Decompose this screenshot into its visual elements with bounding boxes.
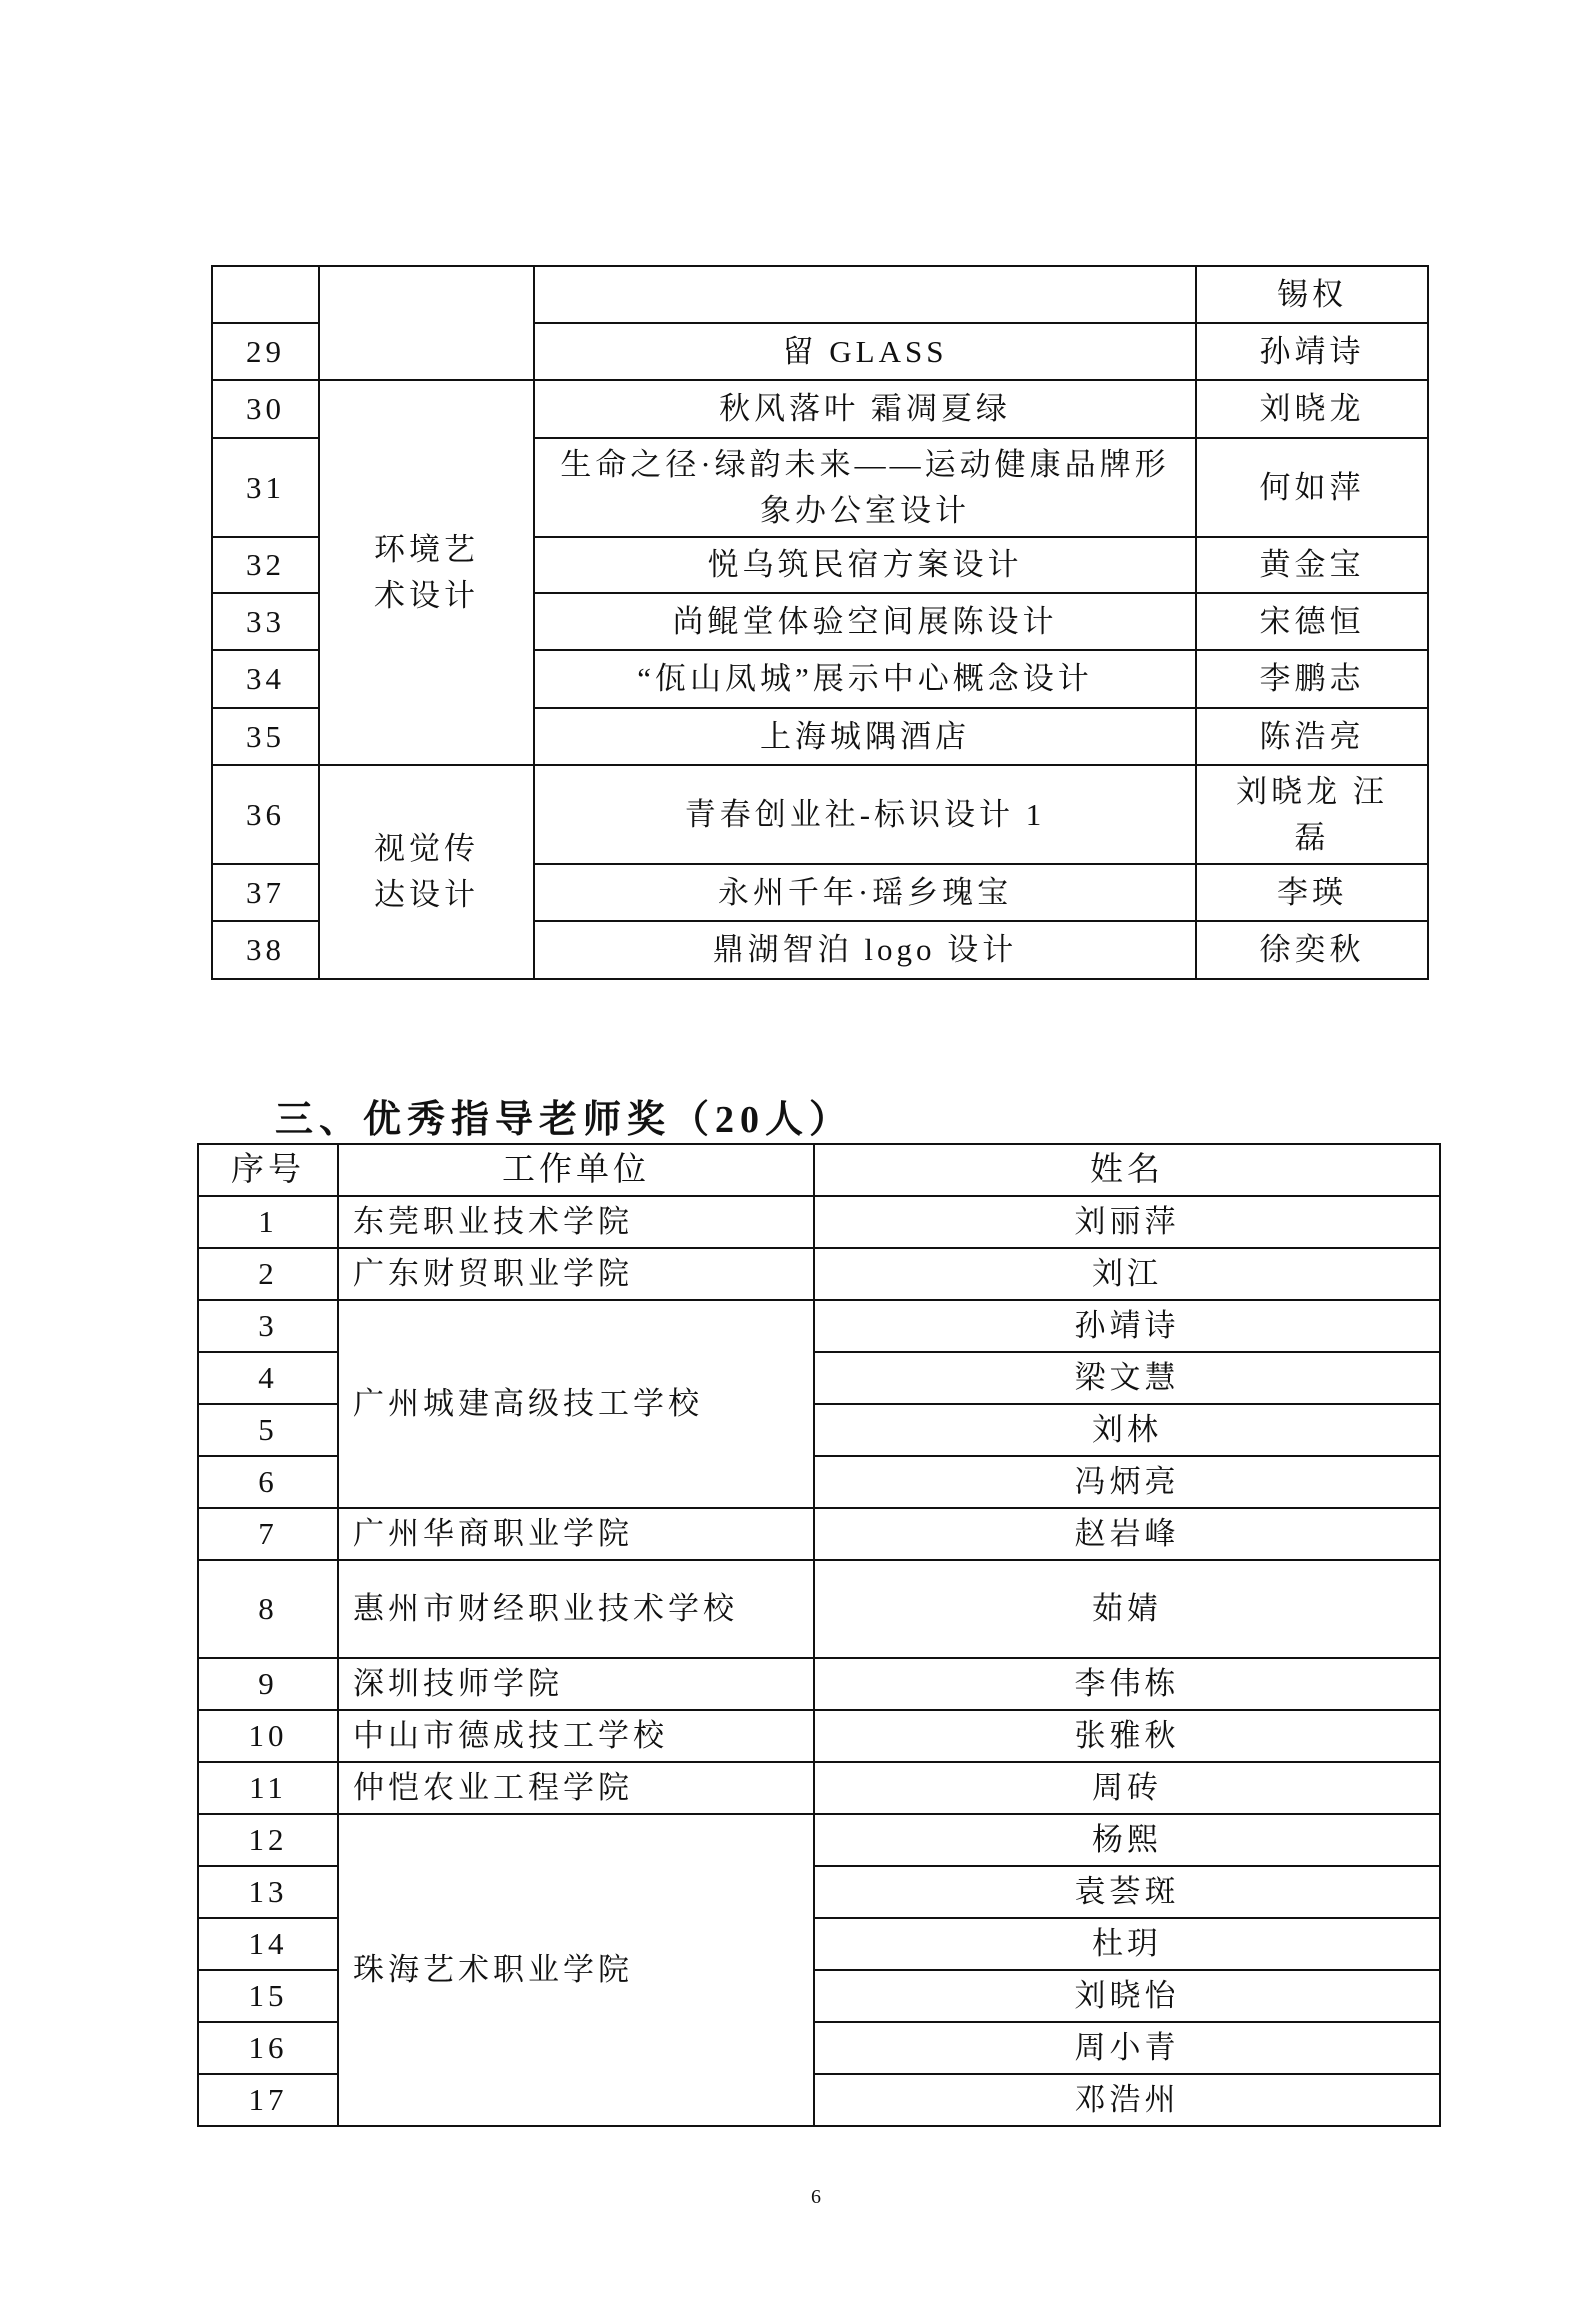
row-number: 9: [198, 1658, 338, 1710]
teacher-name: 冯炳亮: [814, 1456, 1440, 1508]
teacher-name: 邓浩州: [814, 2074, 1440, 2126]
work-unit: 东莞职业技术学院: [338, 1196, 814, 1248]
instructors-table: 序号 工作单位 姓名 1 东莞职业技术学院 刘丽萍 2 广东财贸职业学院 刘江 …: [197, 1143, 1441, 2127]
author-name: 孙靖诗: [1196, 323, 1428, 380]
category-cell: 视觉传达设计: [319, 765, 534, 979]
teacher-name: 刘晓怡: [814, 1970, 1440, 2022]
work-title: 悦乌筑民宿方案设计: [534, 537, 1196, 593]
row-number: 17: [198, 2074, 338, 2126]
row-number: 2: [198, 1248, 338, 1300]
work-title: [534, 266, 1196, 323]
author-name: 宋德恒: [1196, 593, 1428, 650]
header-number: 序号: [198, 1144, 338, 1196]
table-row: 30 环境艺术设计 秋风落叶 霜凋夏绿 刘晓龙: [212, 380, 1428, 438]
work-title: 尚鲲堂体验空间展陈设计: [534, 593, 1196, 650]
row-number: 5: [198, 1404, 338, 1456]
row-number: 10: [198, 1710, 338, 1762]
author-name: 陈浩亮: [1196, 708, 1428, 765]
table-row: 9 深圳技师学院 李伟栋: [198, 1658, 1440, 1710]
row-number: 8: [198, 1560, 338, 1658]
table-row: 3 广州城建高级技工学校 孙靖诗: [198, 1300, 1440, 1352]
row-number: 37: [212, 864, 319, 921]
work-unit: 惠州市财经职业技术学校: [338, 1560, 814, 1658]
author-name: 徐奕秋: [1196, 921, 1428, 979]
work-title: 永州千年·瑶乡瑰宝: [534, 864, 1196, 921]
author-name: 刘晓龙 汪磊: [1196, 765, 1428, 864]
author-name: 刘晓龙: [1196, 380, 1428, 438]
work-unit: 广东财贸职业学院: [338, 1248, 814, 1300]
row-number: [212, 266, 319, 323]
teacher-name: 刘林: [814, 1404, 1440, 1456]
work-unit: 深圳技师学院: [338, 1658, 814, 1710]
row-number: 1: [198, 1196, 338, 1248]
work-title: 上海城隅酒店: [534, 708, 1196, 765]
row-number: 38: [212, 921, 319, 979]
teacher-name: 李伟栋: [814, 1658, 1440, 1710]
teacher-name: 刘丽萍: [814, 1196, 1440, 1248]
table-row: 12 珠海艺术职业学院 杨熙: [198, 1814, 1440, 1866]
teacher-name: 袁荟斑: [814, 1866, 1440, 1918]
row-number: 33: [212, 593, 319, 650]
teacher-name: 茹婧: [814, 1560, 1440, 1658]
work-title: 留 GLASS: [534, 323, 1196, 380]
page-number: 6: [811, 2186, 821, 2209]
author-name: 李瑛: [1196, 864, 1428, 921]
row-number: 11: [198, 1762, 338, 1814]
teacher-name: 梁文慧: [814, 1352, 1440, 1404]
row-number: 6: [198, 1456, 338, 1508]
author-name: 何如萍: [1196, 438, 1428, 537]
teacher-name: 周小青: [814, 2022, 1440, 2074]
work-unit: 珠海艺术职业学院: [338, 1814, 814, 2126]
work-unit: 广州城建高级技工学校: [338, 1300, 814, 1508]
row-number: 31: [212, 438, 319, 537]
category-cell: [319, 266, 534, 380]
table-row: 2 广东财贸职业学院 刘江: [198, 1248, 1440, 1300]
author-name: 锡权: [1196, 266, 1428, 323]
row-number: 32: [212, 537, 319, 593]
row-number: 7: [198, 1508, 338, 1560]
work-title: “佤山凤城”展示中心概念设计: [534, 650, 1196, 708]
row-number: 14: [198, 1918, 338, 1970]
teacher-name: 张雅秋: [814, 1710, 1440, 1762]
author-name: 李鹏志: [1196, 650, 1428, 708]
row-number: 13: [198, 1866, 338, 1918]
row-number: 30: [212, 380, 319, 438]
teacher-name: 杜玥: [814, 1918, 1440, 1970]
row-number: 16: [198, 2022, 338, 2074]
row-number: 15: [198, 1970, 338, 2022]
table-row: 锡权: [212, 266, 1428, 323]
teacher-name: 杨熙: [814, 1814, 1440, 1866]
work-title: 青春创业社-标识设计 1: [534, 765, 1196, 864]
work-unit: 中山市德成技工学校: [338, 1710, 814, 1762]
author-name: 黄金宝: [1196, 537, 1428, 593]
work-unit: 仲恺农业工程学院: [338, 1762, 814, 1814]
table-header-row: 序号 工作单位 姓名: [198, 1144, 1440, 1196]
row-number: 36: [212, 765, 319, 864]
category-cell: 环境艺术设计: [319, 380, 534, 765]
teacher-name: 周砖: [814, 1762, 1440, 1814]
works-table: 锡权 29 留 GLASS 孙靖诗 30 环境艺术设计 秋风落叶 霜凋夏绿 刘晓…: [211, 265, 1429, 980]
work-unit: 广州华商职业学院: [338, 1508, 814, 1560]
table-row: 10 中山市德成技工学校 张雅秋: [198, 1710, 1440, 1762]
row-number: 3: [198, 1300, 338, 1352]
work-title: 鼎湖智泊 logo 设计: [534, 921, 1196, 979]
table-row: 7 广州华商职业学院 赵岩峰: [198, 1508, 1440, 1560]
section-heading: 三、优秀指导老师奖（20人）: [275, 1088, 853, 1143]
table-row: 8 惠州市财经职业技术学校 茹婧: [198, 1560, 1440, 1658]
table-row: 1 东莞职业技术学院 刘丽萍: [198, 1196, 1440, 1248]
teacher-name: 孙靖诗: [814, 1300, 1440, 1352]
table-row: 11 仲恺农业工程学院 周砖: [198, 1762, 1440, 1814]
row-number: 35: [212, 708, 319, 765]
teacher-name: 刘江: [814, 1248, 1440, 1300]
work-title: 生命之径·绿韵未来——运动健康品牌形象办公室设计: [534, 438, 1196, 537]
table-row: 36 视觉传达设计 青春创业社-标识设计 1 刘晓龙 汪磊: [212, 765, 1428, 864]
header-unit: 工作单位: [338, 1144, 814, 1196]
work-title: 秋风落叶 霜凋夏绿: [534, 380, 1196, 438]
header-name: 姓名: [814, 1144, 1440, 1196]
row-number: 4: [198, 1352, 338, 1404]
row-number: 29: [212, 323, 319, 380]
teacher-name: 赵岩峰: [814, 1508, 1440, 1560]
row-number: 12: [198, 1814, 338, 1866]
row-number: 34: [212, 650, 319, 708]
